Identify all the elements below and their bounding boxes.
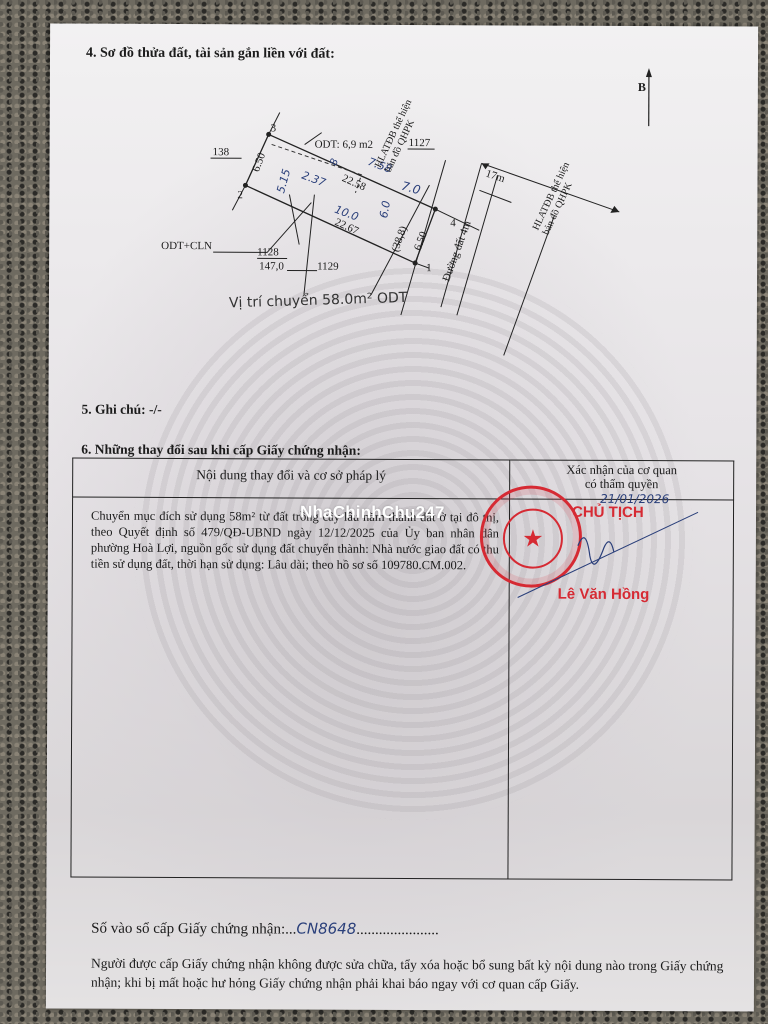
registry-line: Số vào sổ cấp Giấy chứng nhận:...CN8648.… bbox=[91, 919, 439, 940]
watermark-text: NhaChinhChu247 bbox=[300, 503, 445, 524]
parcel-138: 138 bbox=[213, 146, 230, 158]
north-label: B bbox=[638, 80, 646, 95]
land-certificate-page: 4. Sơ đồ thửa đất, tài sản gắn liền với … bbox=[46, 23, 758, 1011]
parcel-1128-area: 147,0 bbox=[259, 260, 284, 272]
parcel-1129: 1129 bbox=[317, 261, 339, 273]
col-header-content: Nội dung thay đổi và cơ sở pháp lý bbox=[73, 458, 510, 499]
point-4: 4 bbox=[450, 217, 456, 229]
section-5-title: 5. Ghi chú: -/- bbox=[81, 402, 161, 418]
point-2: 2 bbox=[237, 189, 243, 201]
registry-number: CN8648 bbox=[296, 920, 356, 938]
parcel-1128-type: ODT+CLN bbox=[161, 240, 212, 252]
section-6-title: 6. Những thay đổi sau khi cấp Giấy chứng… bbox=[81, 442, 361, 459]
point-1: 1 bbox=[426, 262, 432, 274]
odt-area-label: ODT: 6,9 m2 bbox=[315, 139, 373, 151]
footer-warning: Người được cấp Giấy chứng nhận không đượ… bbox=[91, 954, 731, 995]
parcel-1128-number: 1128 bbox=[257, 246, 279, 258]
north-arrow-icon bbox=[646, 68, 652, 126]
point-3: 3 bbox=[271, 122, 277, 134]
change-content: Chuyển mục đích sử dụng 58m² từ đất trồn… bbox=[71, 497, 510, 879]
parcel-1127: 1127 bbox=[409, 137, 431, 149]
signature-stroke bbox=[508, 505, 708, 606]
